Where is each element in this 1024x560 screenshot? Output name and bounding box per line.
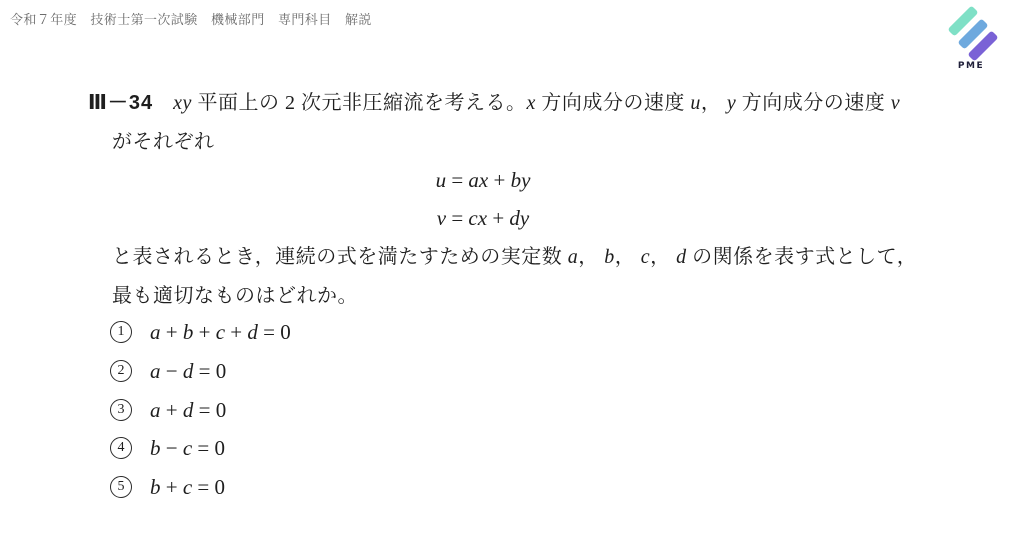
- choice-marker-circle-5: 5: [110, 476, 132, 498]
- question-number: Ⅲ－34: [88, 92, 153, 114]
- choice-formula-1: a + b + c + d = 0: [150, 319, 291, 345]
- question-body-line1: と表されるとき，連続の式を満たすための実定数 a， b， c， d の関係を表す…: [112, 244, 917, 270]
- question-body-line2: 最も適切なものはどれか。: [112, 283, 358, 309]
- equation-u: u = ax + by: [88, 167, 878, 193]
- choice-item-4: 4 b − c = 0: [110, 435, 225, 461]
- question-intro-line1: xy 平面上の 2 次元非圧縮流を考える。x 方向成分の速度 u， y 方向成分…: [173, 92, 900, 114]
- exam-solution-page: 令和７年度 技術士第一次試験 機械部門 専門科目 解説 PME Ⅲ－34xy 平…: [0, 0, 1024, 560]
- choice-marker-circle-3: 3: [110, 399, 132, 421]
- choice-formula-3: a + d = 0: [150, 397, 226, 423]
- choice-marker-circle-1: 1: [110, 321, 132, 343]
- question-intro-line2: がそれぞれ: [112, 129, 215, 155]
- choice-formula-4: b − c = 0: [150, 435, 225, 461]
- choice-item-5: 5 b + c = 0: [110, 474, 225, 500]
- choice-item-2: 2 a − d = 0: [110, 358, 226, 384]
- choice-marker-circle-2: 2: [110, 360, 132, 382]
- question-first-line: Ⅲ－34xy 平面上の 2 次元非圧縮流を考える。x 方向成分の速度 u， y …: [88, 90, 900, 116]
- choice-marker-circle-4: 4: [110, 437, 132, 459]
- question-content: Ⅲ－34xy 平面上の 2 次元非圧縮流を考える。x 方向成分の速度 u， y …: [0, 0, 1024, 560]
- choice-item-3: 3 a + d = 0: [110, 397, 226, 423]
- choice-formula-5: b + c = 0: [150, 474, 225, 500]
- equation-v: v = cx + dy: [88, 205, 878, 231]
- choice-item-1: 1 a + b + c + d = 0: [110, 319, 291, 345]
- choice-formula-2: a − d = 0: [150, 358, 226, 384]
